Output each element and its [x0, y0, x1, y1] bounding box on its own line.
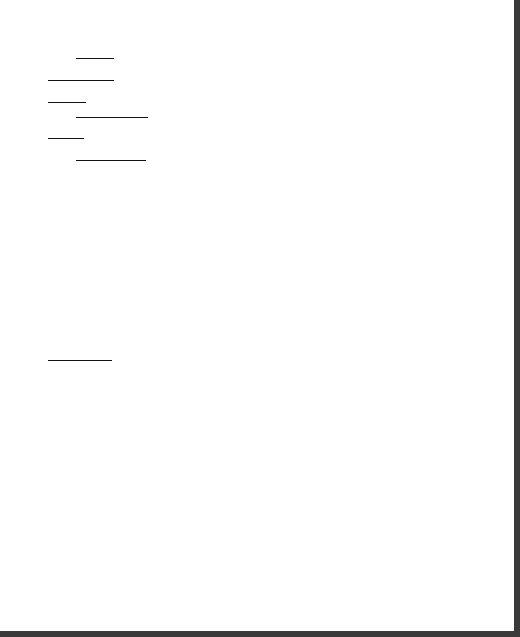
answer-blank — [76, 149, 104, 161]
document-page — [0, 0, 514, 631]
q27-part1-line2 — [48, 349, 494, 365]
answer-blank — [80, 349, 112, 361]
answer-blank — [48, 127, 84, 139]
q26-part1-line1 — [52, 47, 494, 63]
answer-blank — [104, 149, 146, 161]
answer-blank — [48, 69, 76, 81]
q26-part2-line1 — [52, 106, 494, 122]
answer-blank — [48, 349, 80, 361]
q26-part2-line2 — [48, 127, 494, 143]
answer-blank — [76, 106, 112, 118]
answer-blank — [112, 106, 148, 118]
q26-part1-line2 — [48, 69, 494, 85]
answer-blank — [48, 91, 86, 103]
answer-blank — [76, 69, 114, 81]
q26-part1-line3 — [48, 91, 494, 107]
answer-blank — [76, 47, 114, 59]
q26-part3-line1 — [52, 149, 494, 165]
